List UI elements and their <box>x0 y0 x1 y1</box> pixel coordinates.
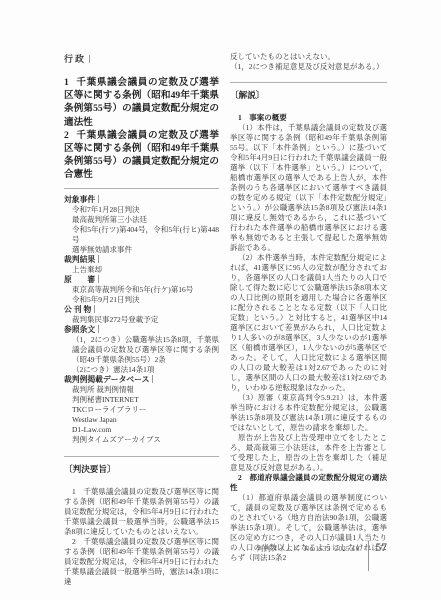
meta-section-lower-court: 原 審 東京高等裁判所令和5年(行ケ)第16号 令和5年9月21日判決 <box>64 275 219 305</box>
meta-label: 参照条文 <box>64 325 219 335</box>
case-title-1: 1千葉県議会議員の定数及び選挙区等に関する条例（昭和49年千葉県条例第55号）の… <box>64 76 219 129</box>
category-text: 行政 <box>64 54 86 64</box>
page-number: 57 <box>376 542 388 554</box>
meta-label-text: 裁判結果 <box>64 255 95 264</box>
commentary-paragraph-4: 原告が上告及び上告受理申立てをしたところ，最高裁第三小法廷は，本件を上告審として… <box>230 433 387 473</box>
issue-date: 2025.10 <box>335 545 360 553</box>
case-title-1-text: 千葉県議会議員の定数及び選挙区等に関する条例（昭和49年千葉県条例第55号）の議… <box>64 77 219 128</box>
summary-paragraph-2-left: 2 千葉県議会議員の定数及び選挙区等に関する条例（昭和49年千葉県条例第55号）… <box>64 537 219 587</box>
label-separator-bar <box>152 375 153 383</box>
case-title-2-text: 千葉県議会議員の定数及び選挙区等に関する条例（昭和49年千葉県条例第55号）の議… <box>64 130 219 181</box>
summary-section: 〔判決要旨〕 1 千葉県議会議員の定数及び選挙区等に関する条例（昭和49年千葉県… <box>64 463 219 587</box>
summary-opinions-note: （1，2につき補足意見及び反対意見がある。） <box>230 62 387 72</box>
divider <box>230 82 387 83</box>
meta-label-text: 原 審 <box>64 275 95 284</box>
meta-line: Westlaw Japan <box>72 415 219 425</box>
case-titles: 1千葉県議会議員の定数及び選挙区等に関する条例（昭和49年千葉県条例第55号）の… <box>64 76 219 182</box>
meta-line: 選挙無効請求事件 <box>72 245 219 255</box>
label-separator-bar <box>98 255 99 263</box>
commentary-section: 〔解説〕 1 事案の概要 （1）本件は，千葉県議会議員の定数及び選挙区等に関する… <box>230 89 387 563</box>
meta-label-text: 参照条文 <box>64 325 95 334</box>
meta-line: 令和7年1月28日判決 <box>72 205 219 215</box>
meta-line: 上告棄却 <box>72 265 219 275</box>
label-separator-bar <box>98 275 99 283</box>
journal-page: 行政 1千葉県議会議員の定数及び選挙区等に関する条例（昭和49年千葉県条例第55… <box>0 0 441 600</box>
meta-line: TKCローライブラリー <box>72 405 219 415</box>
meta-section-target-case: 対象事件 令和7年1月28日判決 最高裁判所第三小法廷 令和5年(行ツ)第404… <box>64 195 219 255</box>
case-title-2: 2千葉県議会議員の定数及び選挙区等に関する条例（昭和49年千葉県条例第55号）の… <box>64 129 219 182</box>
category-separator-bar <box>89 55 90 63</box>
meta-section-databases: 裁判例掲載データベース 裁判所 裁判例情報 判例秘書INTERNET TKCロー… <box>64 375 219 445</box>
meta-line: 判例タイムズアーカイブス <box>72 435 219 445</box>
summary-paragraph-2-continuation: 反していたものとはいえない。 <box>230 52 387 62</box>
commentary-paragraph-3: （3）原審（東京高判令5.9.21）は，本件選挙当時における本件定数配分規定は，… <box>230 393 387 433</box>
meta-label: 裁判結果 <box>64 255 219 265</box>
meta-label: 対象事件 <box>64 195 219 205</box>
meta-label: 公 刊 物 <box>64 305 219 315</box>
case-title-1-number: 1 <box>64 77 69 88</box>
right-column: 反していたものとはいえない。 （1，2につき補足意見及び反対意見がある。） 〔解… <box>230 52 387 563</box>
label-separator-bar <box>94 305 95 313</box>
category-label: 行政 <box>64 52 219 65</box>
label-separator-bar <box>98 325 99 333</box>
label-separator-bar <box>98 195 99 203</box>
meta-section-referenced-articles: 参照条文 （1，2につき）公職選挙法15条8項，千葉県議会議員の定数及び選挙区等… <box>64 325 219 375</box>
summary-paragraph-1: 1 千葉県議会議員の定数及び選挙区等に関する条例（昭和49年千葉県条例第55号）… <box>64 487 219 537</box>
meta-line: （1，2につき）公職選挙法15条8項，千葉県議会議員の定数及び選挙区等に関する条… <box>72 335 219 365</box>
meta-label: 原 審 <box>64 275 219 285</box>
commentary-subheading-2: 2 都道府県議会議員の定数配分規定の適法性 <box>230 473 387 493</box>
footer-divider-bar <box>368 541 369 571</box>
meta-line: D1-Law.com <box>72 425 219 435</box>
journal-name: 判例タイムズ <box>256 545 300 553</box>
commentary-paragraph-1: （1）本件は，千葉県議会議員の定数及び選挙区等に関する条例（昭和49年千葉県条例… <box>230 123 387 253</box>
meta-section-publication: 公 刊 物 裁判集民事272号登載予定 <box>64 305 219 325</box>
meta-line: 令和5年9月21日判決 <box>72 295 219 305</box>
commentary-heading: 〔解説〕 <box>230 89 387 101</box>
meta-label: 裁判例掲載データベース <box>64 375 219 385</box>
meta-label-text: 対象事件 <box>64 195 95 204</box>
footer-journal-info: 判例タイムズ No.1535 2025.10 <box>256 544 359 554</box>
meta-label-text: 裁判例掲載データベース <box>64 375 149 384</box>
meta-line: 判例秘書INTERNET <box>72 395 219 405</box>
meta-line: 東京高等裁判所令和5年(行ケ)第16号 <box>72 285 219 295</box>
commentary-subheading-1: 1 事案の概要 <box>230 113 387 123</box>
meta-line: （2につき）憲法14条1項 <box>72 365 219 375</box>
meta-line: 令和5年(行ツ)第404号，令和5年(行ヒ)第448号 <box>72 225 219 245</box>
page-footer: 判例タイムズ No.1535 2025.10 57 <box>256 541 387 571</box>
meta-line: 裁判集民事272号登載予定 <box>72 315 219 325</box>
summary-heading: 〔判決要旨〕 <box>64 463 219 475</box>
divider <box>64 188 219 189</box>
meta-label-text: 公 刊 物 <box>64 305 91 314</box>
issue-number: No.1535 <box>304 545 330 553</box>
commentary-paragraph-2: （2）本件選挙当時，本件定数配分規定によれば，41選挙区に95人の定数が配分され… <box>230 253 387 393</box>
meta-line: 最高裁判所第三小法廷 <box>72 215 219 225</box>
meta-section-result: 裁判結果 上告棄却 <box>64 255 219 275</box>
left-column: 行政 1千葉県議会議員の定数及び選挙区等に関する条例（昭和49年千葉県条例第55… <box>64 52 219 587</box>
case-info: 対象事件 令和7年1月28日判決 最高裁判所第三小法廷 令和5年(行ツ)第404… <box>64 195 219 445</box>
divider <box>64 456 219 457</box>
meta-line: 裁判所 裁判例情報 <box>72 385 219 395</box>
case-title-2-number: 2 <box>64 130 69 141</box>
